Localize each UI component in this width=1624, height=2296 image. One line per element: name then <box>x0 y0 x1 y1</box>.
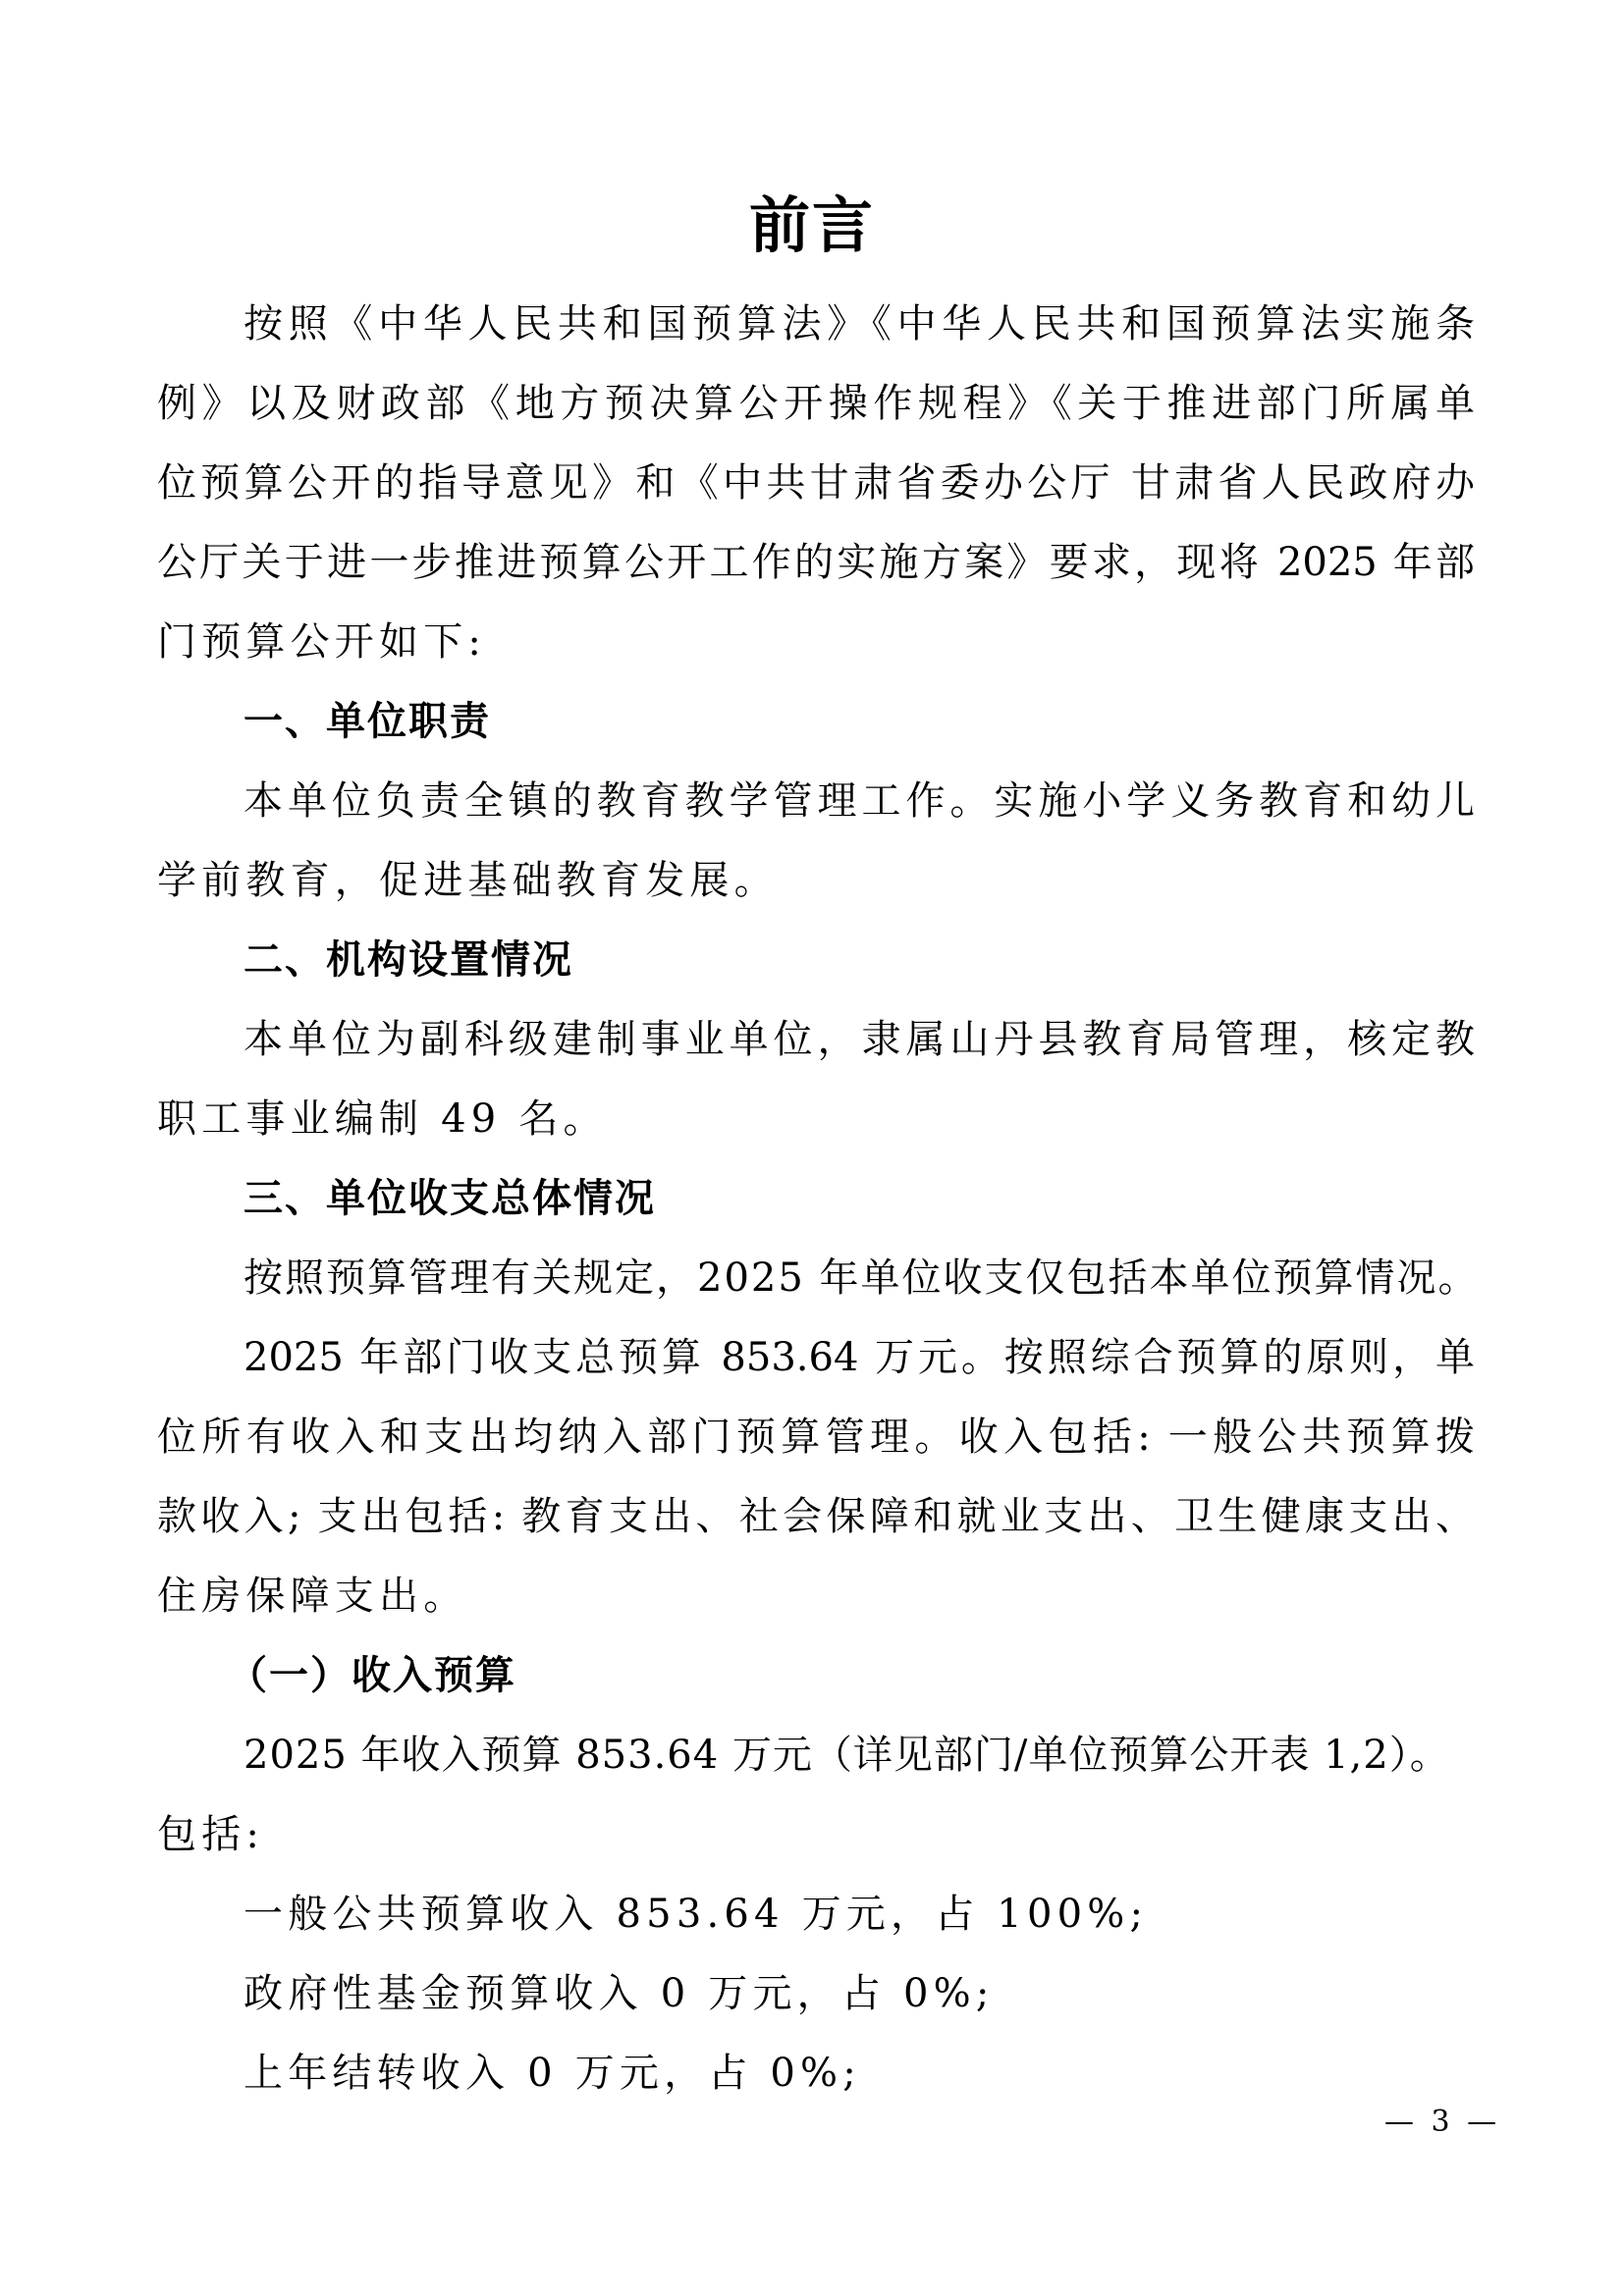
body-line: 政府性基金预算收入 0 万元，占 0%; <box>157 1954 1475 2034</box>
body-line: 按照《中华人民共和国预算法》《中华人民共和国预算法实施条 <box>157 285 1475 364</box>
section-heading: 一、单位职责 <box>157 682 1475 762</box>
section-heading: 二、机构设置情况 <box>157 921 1475 1000</box>
body-line: 位所有收入和支出均纳入部门预算管理。收入包括: 一般公共预算拨 <box>157 1398 1475 1477</box>
body-line: 款收入; 支出包括: 教育支出、社会保障和就业支出、卫生健康支出、 <box>157 1477 1475 1557</box>
section-heading: 三、单位收支总体情况 <box>157 1159 1475 1239</box>
body-line: 一般公共预算收入 853.64 万元，占 100%; <box>157 1875 1475 1954</box>
page-number: — 3 — <box>1384 2103 1500 2142</box>
body-line: 包括: <box>157 1795 1475 1875</box>
body-line: 住房保障支出。 <box>157 1557 1475 1636</box>
body-line: 职工事业编制 49 名。 <box>157 1080 1475 1159</box>
body-line: 按照预算管理有关规定，2025 年单位收支仅包括本单位预算情况。 <box>157 1239 1475 1318</box>
body-line: 上年结转收入 0 万元，占 0%; <box>157 2034 1475 2113</box>
page-title: 前言 <box>0 187 1624 265</box>
document-body: 按照《中华人民共和国预算法》《中华人民共和国预算法实施条 例》以及财政部《地方预… <box>157 285 1475 2113</box>
body-line: 例》以及财政部《地方预决算公开操作规程》《关于推进部门所属单 <box>157 364 1475 444</box>
body-line: 学前教育，促进基础教育发展。 <box>157 841 1475 921</box>
body-line: 2025 年收入预算 853.64 万元（详见部门/单位预算公开表 1,2）。 <box>157 1716 1475 1795</box>
body-line: 门预算公开如下: <box>157 603 1475 682</box>
body-line: 2025 年部门收支总预算 853.64 万元。按照综合预算的原则，单 <box>157 1318 1475 1398</box>
subsection-heading: （一）收入预算 <box>157 1636 1475 1716</box>
body-line: 公厅关于进一步推进预算公开工作的实施方案》要求，现将 2025 年部 <box>157 523 1475 603</box>
body-line: 本单位负责全镇的教育教学管理工作。实施小学义务教育和幼儿 <box>157 762 1475 841</box>
body-line: 本单位为副科级建制事业单位，隶属山丹县教育局管理，核定教 <box>157 1000 1475 1080</box>
document-page: 前言 按照《中华人民共和国预算法》《中华人民共和国预算法实施条 例》以及财政部《… <box>0 0 1624 2296</box>
body-line: 位预算公开的指导意见》和《中共甘肃省委办公厅 甘肃省人民政府办 <box>157 444 1475 523</box>
